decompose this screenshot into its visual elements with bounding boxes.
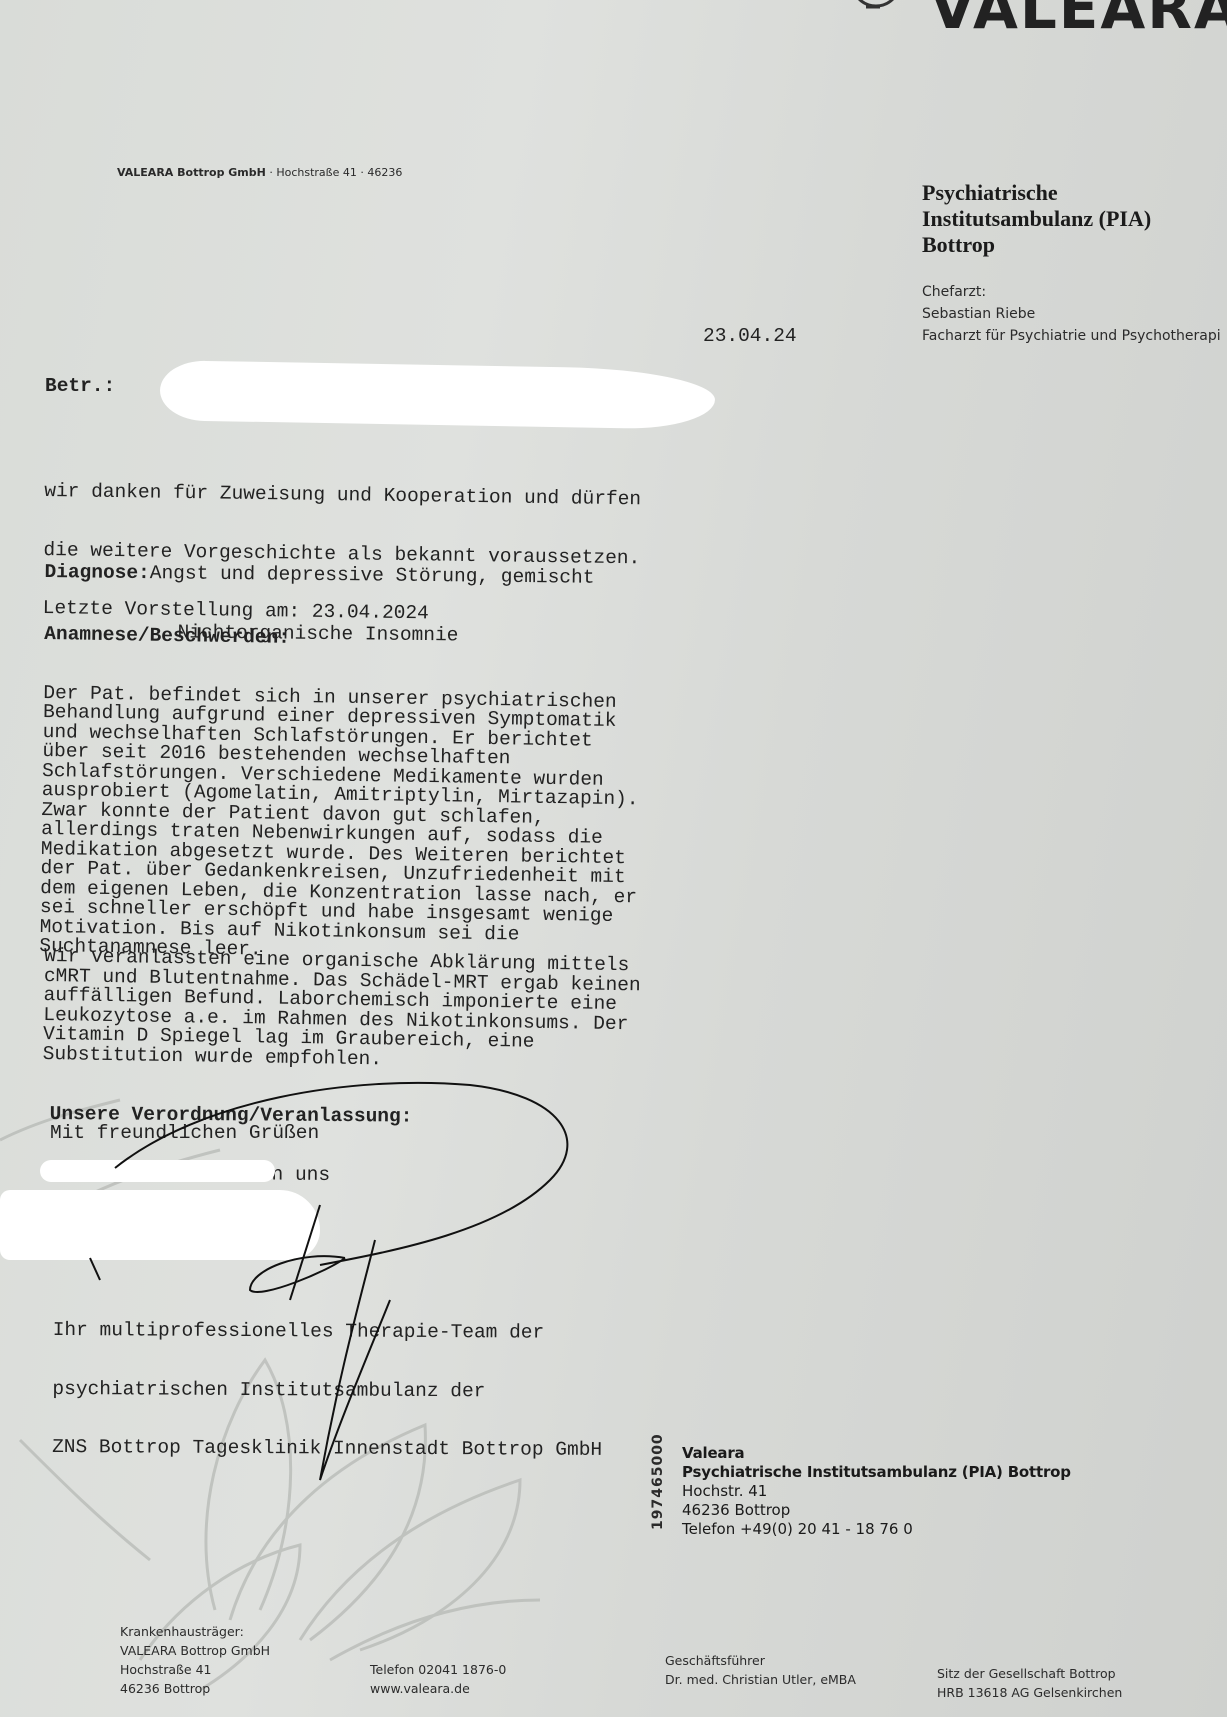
redaction-mark xyxy=(40,1160,275,1182)
text-line: Ihr multiprofessionelles Therapie-Team d… xyxy=(53,1321,603,1343)
sender-company: VALEARA Bottrop GmbH xyxy=(117,166,266,179)
chief-name: Sebastian Riebe xyxy=(922,303,1221,325)
logo-wordmark: VALEARA xyxy=(930,0,1227,42)
stamp-line: Valeara xyxy=(682,1444,1071,1463)
footer-carrier: Krankenhausträger: VALEARA Bottrop GmbH … xyxy=(120,1622,270,1698)
examination-paragraph: Wir veranlassten eine organische Abkläru… xyxy=(42,908,641,1093)
footer-line: Sitz der Gesellschaft Bottrop xyxy=(937,1664,1122,1683)
sender-address-line: VALEARA Bottrop GmbH · Hochstraße 41 · 4… xyxy=(117,166,402,179)
department-name: Psychiatrische Institutsambulanz (PIA) B… xyxy=(922,180,1151,258)
valeara-logo-icon xyxy=(848,0,908,35)
footer-phone: Telefon 02041 1876-0 xyxy=(370,1660,506,1679)
institution-stamp: Valeara Psychiatrische Institutsambulanz… xyxy=(682,1444,1071,1539)
text-line: ZNS Bottrop Tagesklinik Innenstadt Bottr… xyxy=(52,1438,602,1460)
chief-physician-block: Chefarzt: Sebastian Riebe Facharzt für P… xyxy=(922,281,1221,347)
diagnosis-text: Angst und depressive Störung, gemischt xyxy=(150,562,595,589)
diagnosis-label: Diagnose: xyxy=(44,561,150,584)
department-line: Bottrop xyxy=(922,232,1151,258)
department-line: Institutsambulanz (PIA) xyxy=(922,206,1151,232)
closing-greeting: Mit freundlichen Grüßen xyxy=(50,1124,319,1144)
examination-text: Wir veranlassten eine organische Abkläru… xyxy=(43,947,642,1073)
footer-line: VALEARA Bottrop GmbH xyxy=(120,1641,270,1660)
chief-title: Facharzt für Psychiatrie und Psychothera… xyxy=(922,325,1221,347)
text-line: psychiatrischen Institutsambulanz der xyxy=(52,1379,602,1401)
sender-address: · Hochstraße 41 · 46236 xyxy=(266,166,403,179)
footer-line: Krankenhausträger: xyxy=(120,1622,270,1641)
footer-website: www.valeara.de xyxy=(370,1679,506,1698)
department-line: Psychiatrische xyxy=(922,180,1151,206)
stamp-line: Telefon +49(0) 20 41 - 18 76 0 xyxy=(682,1520,1071,1539)
team-signoff: Ihr multiprofessionelles Therapie-Team d… xyxy=(52,1282,603,1480)
stamp-line: 46236 Bottrop xyxy=(682,1501,1071,1520)
stamp-line: Psychiatrische Institutsambulanz (PIA) B… xyxy=(682,1463,1071,1482)
redaction-mark xyxy=(160,360,716,430)
anamnesis-label: Anamnese/Beschwerden: xyxy=(44,625,641,654)
redaction-mark xyxy=(0,1190,320,1260)
chief-label: Chefarzt: xyxy=(922,281,1221,303)
footer-line: HRB 13618 AG Gelsenkirchen xyxy=(937,1683,1122,1702)
stamp-line: Hochstr. 41 xyxy=(682,1482,1071,1501)
footer-contact: Telefon 02041 1876-0 www.valeara.de xyxy=(370,1660,506,1698)
subject-label: Betr.: xyxy=(45,377,115,397)
text-line: wir danken für Zuweisung und Kooperation… xyxy=(44,482,641,510)
footer-line: Dr. med. Christian Utler, eMBA xyxy=(665,1670,856,1689)
footer-line: 46236 Bottrop xyxy=(120,1679,270,1698)
footer-registered-seat: Sitz der Gesellschaft Bottrop HRB 13618 … xyxy=(937,1664,1122,1702)
stamp-code: 197465000 xyxy=(650,1433,666,1530)
letter-date: 23.04.24 xyxy=(703,327,797,347)
footer-line: Geschäftsführer xyxy=(665,1651,856,1670)
footer-line: Hochstraße 41 xyxy=(120,1660,270,1679)
footer-ceo: Geschäftsführer Dr. med. Christian Utler… xyxy=(665,1651,856,1689)
